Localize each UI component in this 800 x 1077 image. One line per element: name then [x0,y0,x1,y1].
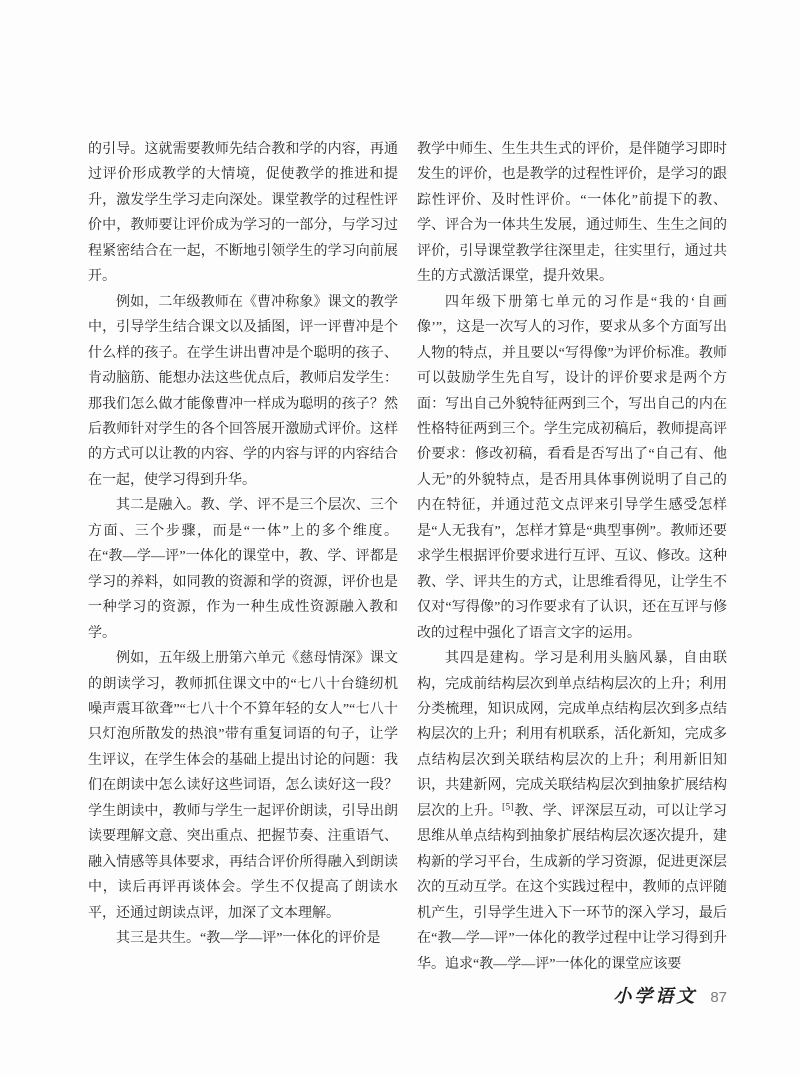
paragraph-example-caochong: 例如，二年级教师在《曹冲称象》课文的教学中，引导学生结合课文以及插图，评一评曹冲… [88,290,398,494]
paragraph-text-after-citation: 教、学、评深层互动，可以让学习思维从单点结构到抽象扩展结构层次逐次提升，建构新的… [417,804,727,972]
paragraph-text-before-citation: 其四是建构。学习是利用头脑风暴，自由联构，完成前结构层次到单点结构层次的上升；利… [417,651,727,819]
paragraph-example-cimuqingshen: 例如，五年级上册第六单元《慈母情深》课文的朗读学习，教师抓住课文中的“七八十台缝… [88,646,398,926]
paragraph-example-zihuaxiang: 四年级下册第七单元的习作是“我的‘自画像’”，这是一次写人的习作，要求从多个方面… [417,290,727,646]
right-column: 教学中师生、生生共生式的评价，是伴随学习即时发生的评价，也是教学的过程性评价，是… [417,137,727,977]
page-number: 87 [710,989,727,1006]
paragraph-point-two-ronru: 其二是融入。教、学、评不是三个层次、三个方面、三个步骤，而是“一体”上的多个维度… [88,493,398,646]
journal-name: 小学语文 [613,982,697,1008]
paragraph-gongsheng-continuation: 教学中师生、生生共生式的评价，是伴随学习即时发生的评价，也是教学的过程性评价，是… [417,137,727,290]
page-footer: 小学语文 87 [613,982,727,1008]
paragraph-point-four-jiangou: 其四是建构。学习是利用头脑风暴，自由联构，完成前结构层次到单点结构层次的上升；利… [417,646,727,977]
citation-ref-5: [5] [502,801,514,811]
left-column: 的引导。这就需要教师先结合教和学的内容，再通过评价形成教学的大情境，促使教学的推… [88,137,398,977]
paragraph-continuation: 的引导。这就需要教师先结合教和学的内容，再通过评价形成教学的大情境，促使教学的推… [88,137,398,290]
text-columns: 的引导。这就需要教师先结合教和学的内容，再通过评价形成教学的大情境，促使教学的推… [88,137,727,977]
document-page: 的引导。这就需要教师先结合教和学的内容，再通过评价形成教学的大情境，促使教学的推… [0,0,800,1077]
paragraph-point-three-gongsheng: 其三是共生。“教—学—评”一体化的评价是 [88,926,398,951]
